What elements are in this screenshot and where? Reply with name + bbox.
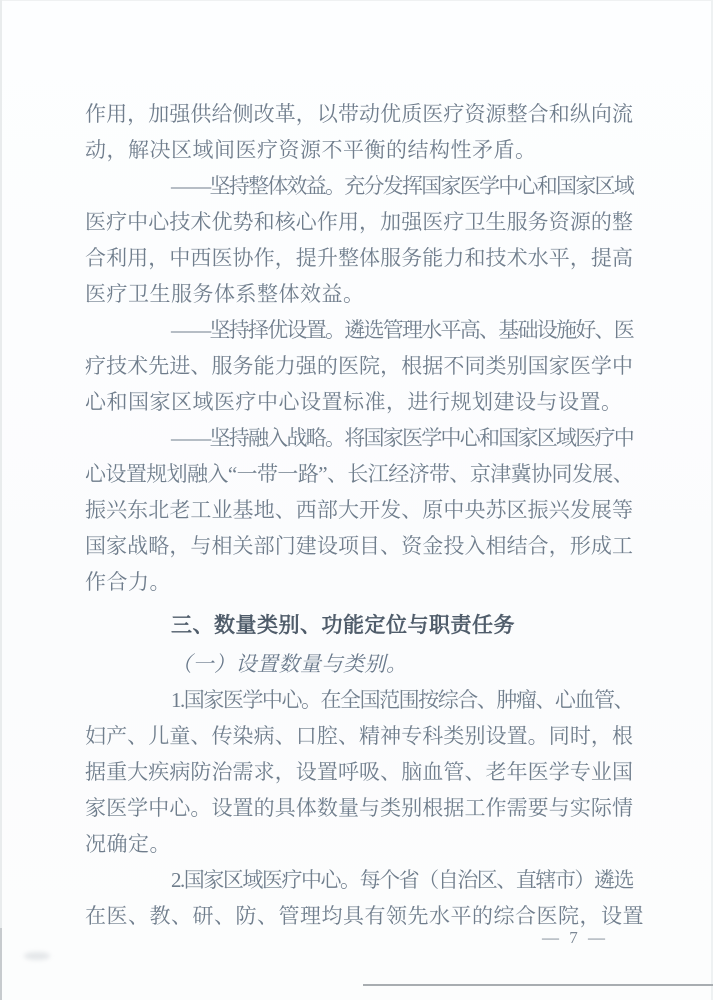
text-line: 2.国家区域医疗中心。每个省（自治区、直辖市）遴选 [85, 862, 633, 898]
paragraph: 2.国家区域医疗中心。每个省（自治区、直辖市）遴选在医、教、研、防、管理均具有领… [85, 862, 633, 934]
scan-smudge [24, 952, 50, 960]
scanned-document-page: 作用，加强供给侧改革，以带动优质医疗资源整合和纵向流动，解决区域间医疗资源不平衡… [0, 0, 713, 1000]
text-line: 医疗中心技术优势和核心作用，加强医疗卫生服务资源的整 [85, 204, 633, 240]
text-line: 据重大疾病防治需求，设置呼吸、脑血管、老年医学专业国 [85, 754, 633, 790]
paragraph: ——坚持整体效益。充分发挥国家医学中心和国家区域医疗中心技术优势和核心作用，加强… [85, 168, 633, 312]
page-number: — 7 — [530, 926, 620, 950]
text-line: ——坚持择优设置。遴选管理水平高、基础设施好、医 [85, 312, 633, 348]
sub-heading: （一）设置数量与类别。 [85, 646, 633, 682]
text-line: ——坚持融入战略。将国家医学中心和国家区域医疗中 [85, 420, 633, 456]
text-line: 国家战略，与相关部门建设项目、资金投入相结合，形成工 [85, 528, 633, 564]
scan-edge-left [0, 0, 2, 1000]
paragraph: 作用，加强供给侧改革，以带动优质医疗资源整合和纵向流动，解决区域间医疗资源不平衡… [85, 96, 633, 168]
text-line: 况确定。 [85, 826, 633, 862]
text-line: 三、数量类别、功能定位与职责任务 [85, 608, 633, 644]
text-line: 动，解决区域间医疗资源不平衡的结构性矛盾。 [85, 132, 633, 168]
text-line: 作合力。 [85, 564, 633, 600]
text-line: （一）设置数量与类别。 [85, 646, 633, 682]
section-heading: 三、数量类别、功能定位与职责任务 [85, 608, 633, 644]
text-line: 作用，加强供给侧改革，以带动优质医疗资源整合和纵向流 [85, 96, 633, 132]
text-line: 合利用，中西医协作，提升整体服务能力和技术水平，提高 [85, 240, 633, 276]
text-line: 1.国家医学中心。在全国范围按综合、肿瘤、心血管、 [85, 682, 633, 718]
text-line: 心和国家区域医疗中心设置标准，进行规划建设与设置。 [85, 384, 633, 420]
paragraph: ——坚持择优设置。遴选管理水平高、基础设施好、医疗技术先进、服务能力强的医院，根… [85, 312, 633, 420]
document-body: 作用，加强供给侧改革，以带动优质医疗资源整合和纵向流动，解决区域间医疗资源不平衡… [85, 96, 633, 934]
text-line: 心设置规划融入“一带一路”、长江经济带、京津冀协同发展、 [85, 456, 633, 492]
text-line: 疗技术先进、服务能力强的医院，根据不同类别国家医学中 [85, 348, 633, 384]
text-line: 振兴东北老工业基地、西部大开发、原中央苏区振兴发展等 [85, 492, 633, 528]
text-line: 家医学中心。设置的具体数量与类别根据工作需要与实际情 [85, 790, 633, 826]
paragraph: 1.国家医学中心。在全国范围按综合、肿瘤、心血管、妇产、儿童、传染病、口腔、精神… [85, 682, 633, 862]
text-line: 妇产、儿童、传染病、口腔、精神专科类别设置。同时，根 [85, 718, 633, 754]
text-line: 医疗卫生服务体系整体效益。 [85, 276, 633, 312]
page-bottom-edge-shadow [363, 984, 713, 986]
scan-edge-left-dark [0, 928, 2, 1000]
text-line: ——坚持整体效益。充分发挥国家医学中心和国家区域 [85, 168, 633, 204]
scan-edge-top [0, 0, 713, 1]
paragraph: ——坚持融入战略。将国家医学中心和国家区域医疗中心设置规划融入“一带一路”、长江… [85, 420, 633, 600]
